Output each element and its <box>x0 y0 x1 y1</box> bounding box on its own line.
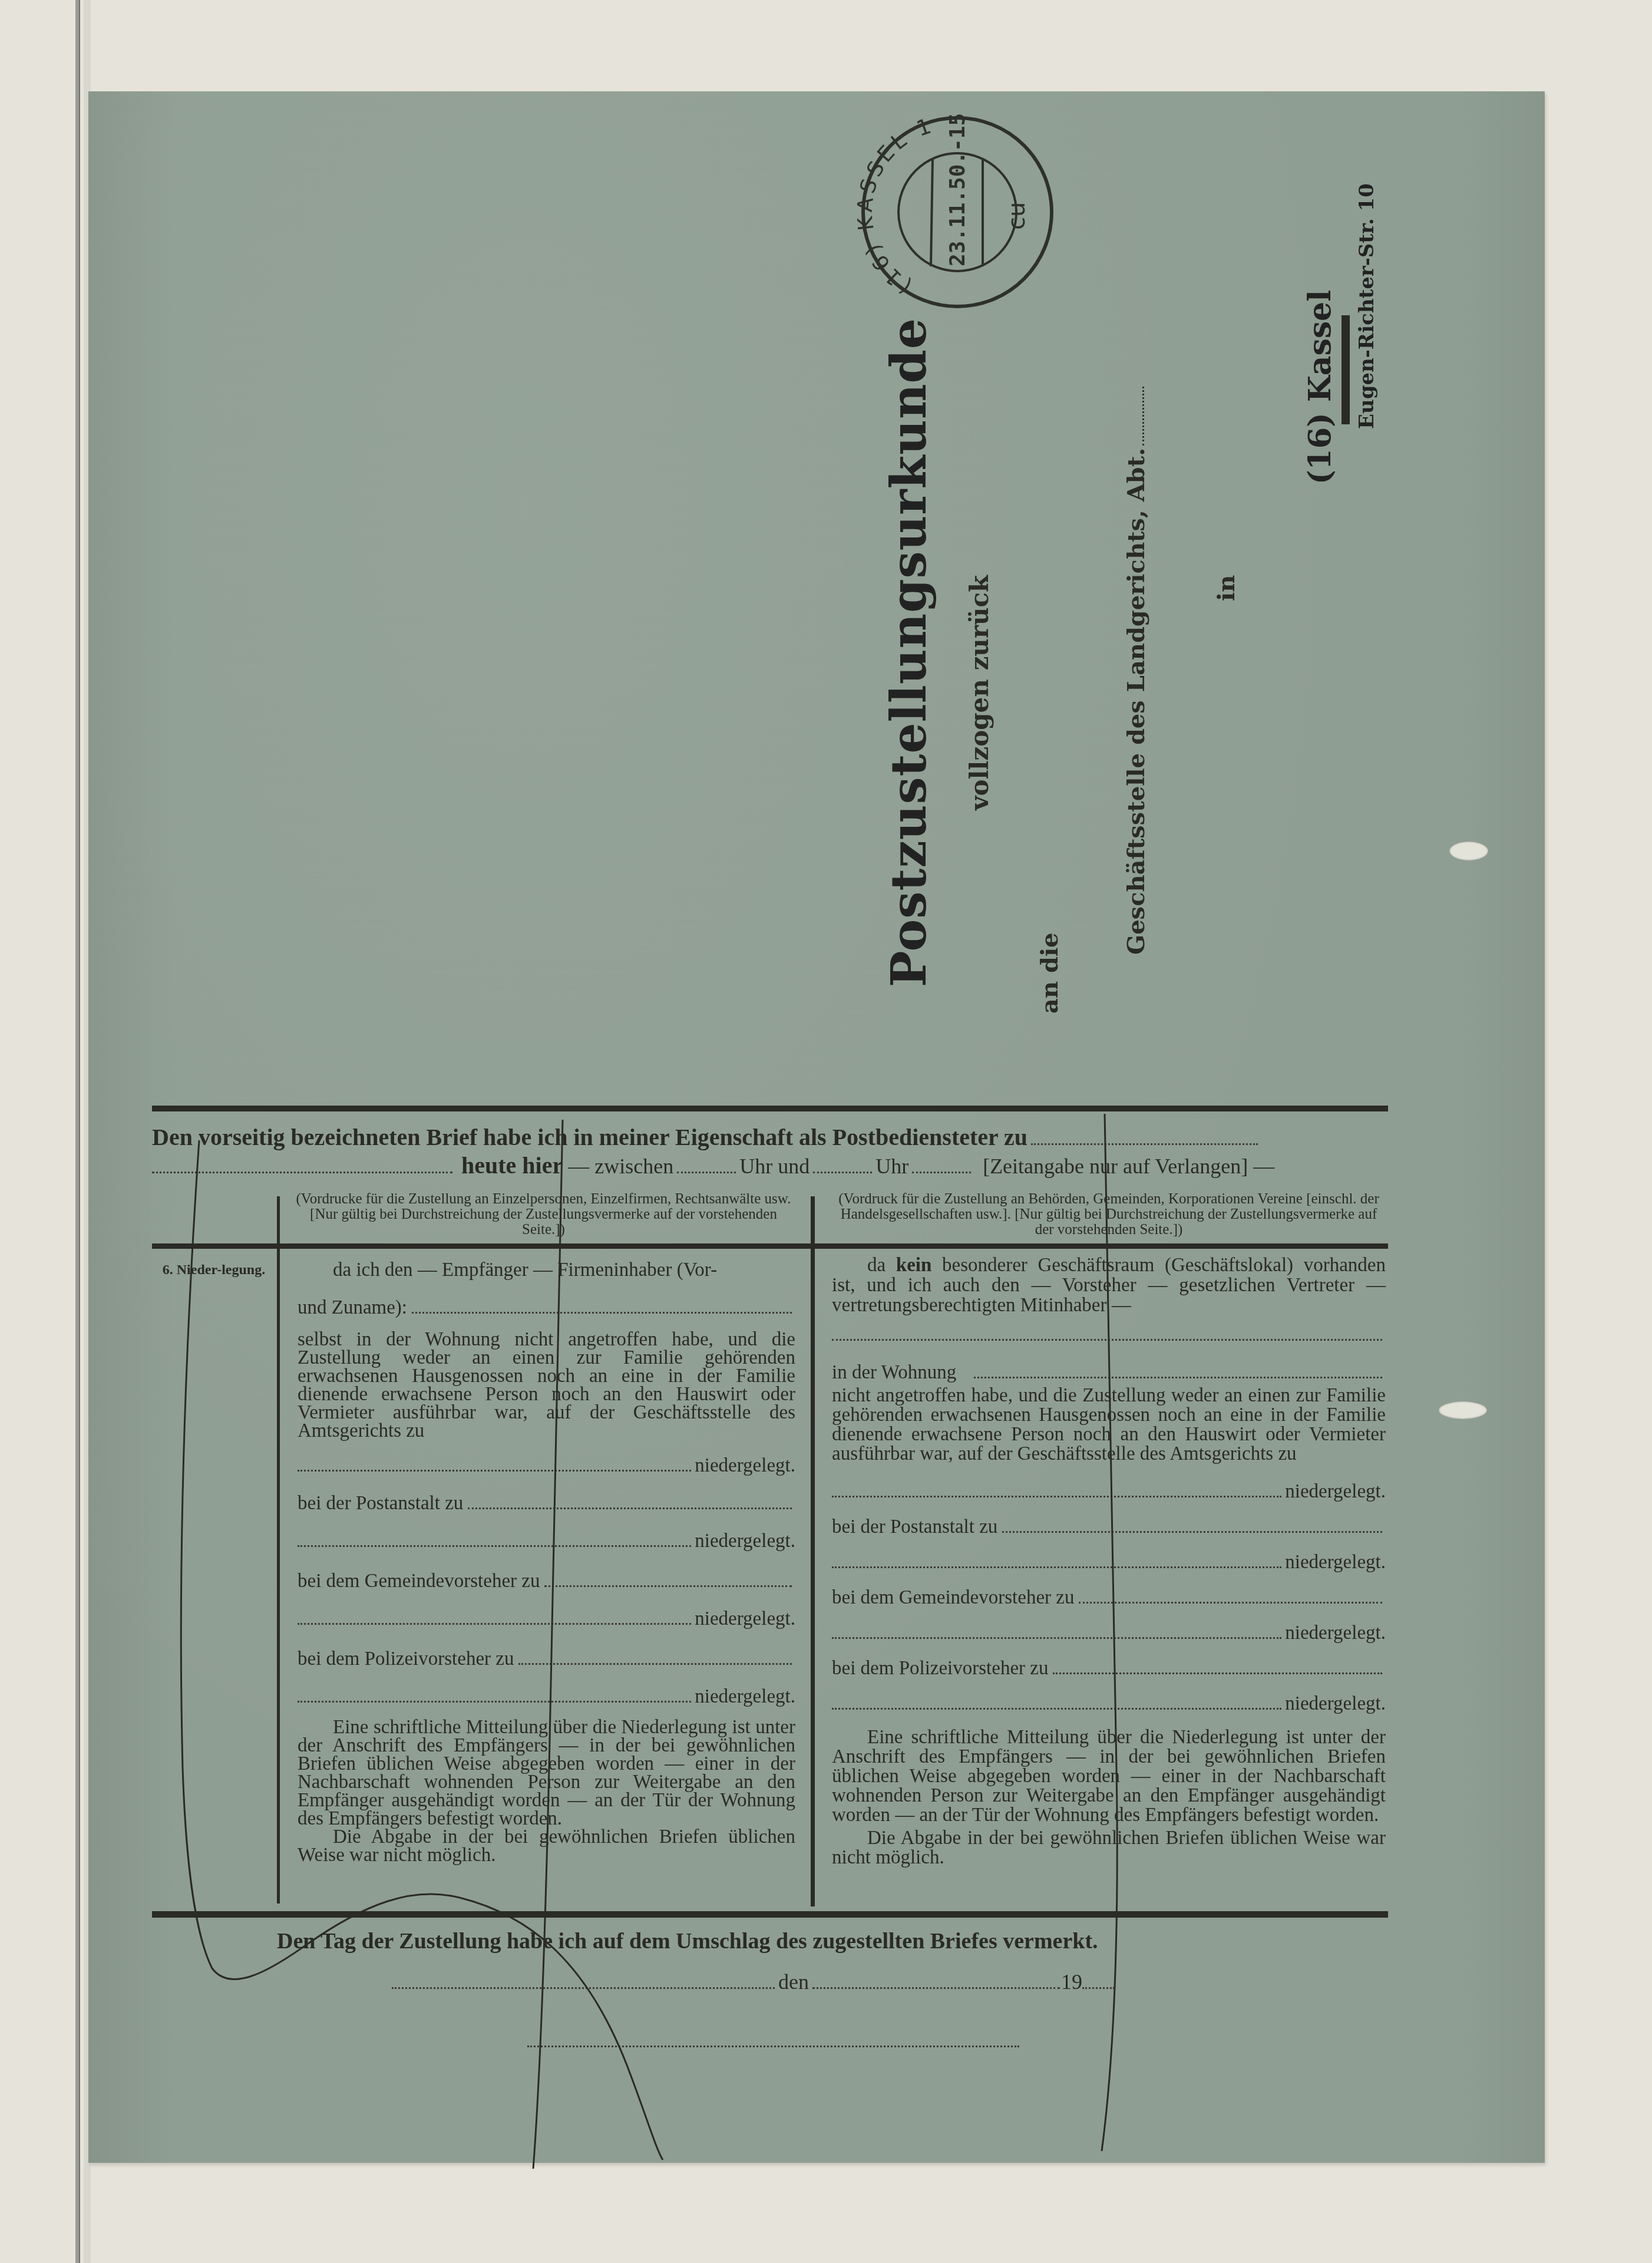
left-post-office-field-2[interactable] <box>298 1545 691 1547</box>
postmark-date: 23.11.50.-15 <box>946 113 970 266</box>
left-deposited-4: niedergelegt. <box>695 1687 795 1707</box>
right-municipal-field-2[interactable] <box>832 1637 1281 1639</box>
year-field[interactable] <box>1082 1987 1115 1989</box>
address-city: (16) Kassel <box>1302 290 1338 484</box>
right-deposited-3: niedergelegt. <box>1285 1623 1386 1643</box>
city-underline <box>1342 315 1350 424</box>
left-deposited-2: niedergelegt. <box>695 1531 795 1551</box>
svg-text:(16) KASSEL 1: (16) KASSEL 1 <box>857 113 937 299</box>
address-prefix: an die <box>1036 932 1063 1014</box>
right-post-office-field-2[interactable] <box>832 1566 1281 1568</box>
left-municipal-field-2[interactable] <box>298 1623 691 1625</box>
address-street: Eugen-Richter-Str. 10 <box>1355 183 1379 429</box>
right-opening: da kein besonderer Geschäftsraum (Geschä… <box>832 1255 1386 1315</box>
left-notice: Eine schriftliche Mitteilung über die Ni… <box>298 1718 795 1828</box>
column-divider <box>811 1196 815 1906</box>
place-field[interactable] <box>152 1172 452 1173</box>
left-deposited-3: niedergelegt. <box>695 1609 795 1629</box>
time-extra-field[interactable] <box>912 1172 971 1173</box>
right-column: da kein besonderer Geschäftsraum (Geschä… <box>832 1255 1386 1868</box>
signature-line <box>527 2030 1023 2051</box>
zwischen-label: — zwischen <box>568 1154 673 1178</box>
left-body: selbst in der Wohnung nicht angetroffen … <box>298 1331 795 1440</box>
department-field[interactable] <box>1125 387 1144 446</box>
right-residence-field[interactable] <box>974 1377 1382 1378</box>
right-column-note: (Vordruck für die Zustellung an Behörden… <box>832 1192 1386 1238</box>
uhr-label: Uhr <box>875 1154 908 1178</box>
left-opening: da ich den — Empfänger — Firmeninhaber (… <box>298 1260 795 1280</box>
date-field[interactable] <box>812 1987 1060 1989</box>
left-deposited-1: niedergelegt. <box>695 1456 795 1476</box>
left-post-office-field[interactable] <box>468 1507 792 1509</box>
address-recipient: Geschäftsstelle des Landgerichts, Abt. <box>1122 387 1150 955</box>
punch-hole-top <box>1449 842 1488 860</box>
left-column-note: (Vordrucke für die Zustellung an Einzelp… <box>292 1192 795 1238</box>
right-impossible: Die Abgabe in der bei gewöhnlichen Brief… <box>832 1829 1386 1868</box>
right-deposited-4: niedergelegt. <box>1285 1694 1386 1714</box>
section-label: 6. Nieder-legung. <box>158 1262 270 1278</box>
recipient-label: Geschäftsstelle des Landgerichts, Abt. <box>1122 448 1150 955</box>
form-title: Postzustellungsurkunde <box>881 318 937 987</box>
label-divider <box>277 1196 280 1904</box>
right-representative-field[interactable] <box>832 1339 1382 1341</box>
footer-statement: Den Tag der Zustellung habe ich auf dem … <box>277 1928 1098 1954</box>
left-column: da ich den — Empfänger — Firmeninhaber (… <box>298 1260 795 1865</box>
punch-hole-bottom <box>1439 1401 1487 1419</box>
right-residence-label: in der Wohnung <box>832 1363 956 1383</box>
date-label: den <box>778 1970 809 1994</box>
right-municipal-label: bei dem Gemeindevorsteher zu <box>832 1588 1074 1608</box>
post-office-field[interactable] <box>1031 1143 1258 1145</box>
right-deposited-2: niedergelegt. <box>1285 1552 1386 1572</box>
right-post-office-field[interactable] <box>1002 1531 1382 1533</box>
left-impossible: Die Abgabe in der bei gewöhnlichen Brief… <box>298 1828 795 1865</box>
signature-field[interactable] <box>527 2046 1019 2047</box>
form-top-rule <box>152 1106 1388 1111</box>
time-note: [Zeitangabe nur auf Verlangen] — <box>983 1154 1274 1178</box>
left-name-field[interactable] <box>412 1312 792 1314</box>
intro-line-1: Den vorseitig bezeichneten Brief habe ic… <box>152 1126 1261 1149</box>
footer-date-line: den19 <box>392 1971 1118 1993</box>
heute-hier-label: heute hier <box>461 1152 563 1179</box>
right-police-label: bei dem Polizeivorsteher zu <box>832 1658 1048 1678</box>
form-bottom-rule <box>152 1911 1388 1918</box>
address-in-label: in <box>1212 575 1240 601</box>
right-court-field[interactable] <box>832 1496 1281 1497</box>
left-police-field[interactable] <box>518 1663 792 1665</box>
header-bottom-rule <box>152 1243 1388 1249</box>
form-subtitle: vollzogen zurück <box>965 575 994 810</box>
right-body: nicht angetroffen habe, und die Zustellu… <box>832 1386 1386 1464</box>
left-name-label: und Zuname): <box>298 1298 407 1318</box>
album-border <box>75 0 80 2263</box>
left-municipal-label: bei dem Gemeindevorsteher zu <box>298 1571 540 1591</box>
uhr-und-label: Uhr und <box>739 1154 810 1178</box>
right-deposited-1: niedergelegt. <box>1285 1482 1386 1502</box>
year-prefix: 19 <box>1061 1970 1082 1994</box>
postmark-stamp: (16) KASSEL 1 23.11.50.-15 cu <box>857 112 1058 312</box>
left-court-field[interactable] <box>298 1470 691 1472</box>
right-municipal-field[interactable] <box>1079 1602 1382 1604</box>
right-post-office-label: bei der Postanstalt zu <box>832 1517 997 1537</box>
intro-text: Den vorseitig bezeichneten Brief habe ic… <box>152 1124 1027 1150</box>
signature-place-field[interactable] <box>392 1987 775 1989</box>
right-police-field-2[interactable] <box>832 1708 1281 1710</box>
left-post-office-label: bei der Postanstalt zu <box>298 1493 463 1513</box>
left-police-field-2[interactable] <box>298 1701 691 1703</box>
intro-line-2: heute hier — zwischenUhr undUhr[Zeitanga… <box>152 1154 1274 1177</box>
postmark-icon: (16) KASSEL 1 23.11.50.-15 cu <box>857 112 1058 312</box>
right-police-field[interactable] <box>1053 1672 1382 1674</box>
postmark-code: cu <box>1003 202 1030 230</box>
right-notice: Eine schriftliche Mitteilung über die Ni… <box>832 1728 1386 1825</box>
left-police-label: bei dem Polizeivorsteher zu <box>298 1649 514 1669</box>
time-from-field[interactable] <box>677 1172 736 1173</box>
time-to-field[interactable] <box>813 1172 872 1173</box>
left-municipal-field[interactable] <box>544 1585 792 1587</box>
